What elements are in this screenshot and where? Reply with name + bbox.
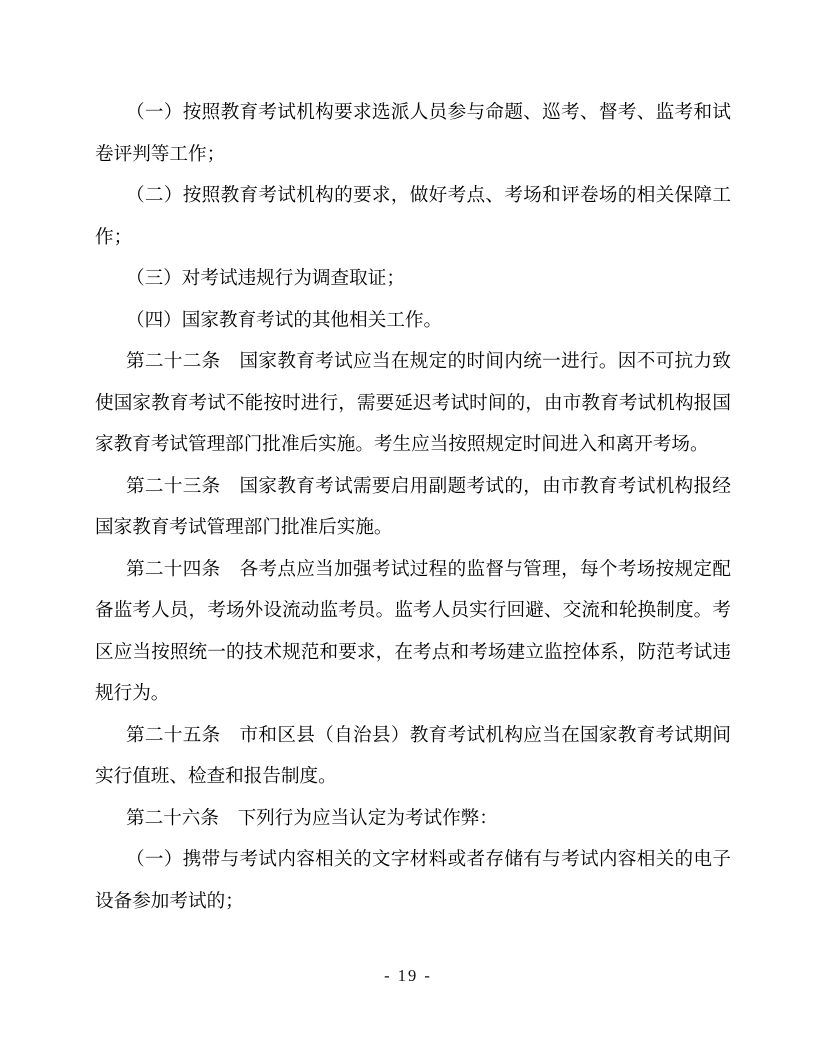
paragraph: （一）携带与考试内容相关的文字材料或者存储有与考试内容相关的电子设备参加考试的； (95, 838, 731, 921)
page-number: - 19 - (384, 966, 432, 985)
page-footer: - 19 - (0, 966, 816, 986)
paragraph: （一）按照教育考试机构要求选派人员参与命题、巡考、督考、监考和试卷评判等工作； (95, 91, 731, 174)
document-body: （一）按照教育考试机构要求选派人员参与命题、巡考、督考、监考和试卷评判等工作；（… (95, 91, 731, 921)
paragraph: 第二十三条 国家教育考试需要启用副题考试的，由市教育考试机构报经国家教育考试管理… (95, 465, 731, 548)
paragraph: 第二十四条 各考点应当加强考试过程的监督与管理，每个考场按规定配备监考人员，考场… (95, 548, 731, 714)
document-page: （一）按照教育考试机构要求选派人员参与命题、巡考、督考、监考和试卷评判等工作；（… (0, 0, 816, 1056)
paragraph: 第二十六条 下列行为应当认定为考试作弊： (95, 797, 731, 839)
paragraph: 第二十五条 市和区县（自治县）教育考试机构应当在国家教育考试期间实行值班、检查和… (95, 714, 731, 797)
paragraph: （三）对考试违规行为调查取证； (95, 257, 731, 299)
paragraph: （二）按照教育考试机构的要求，做好考点、考场和评卷场的相关保障工作； (95, 174, 731, 257)
paragraph: 第二十二条 国家教育考试应当在规定的时间内统一进行。因不可抗力致使国家教育考试不… (95, 340, 731, 465)
paragraph: （四）国家教育考试的其他相关工作。 (95, 299, 731, 341)
